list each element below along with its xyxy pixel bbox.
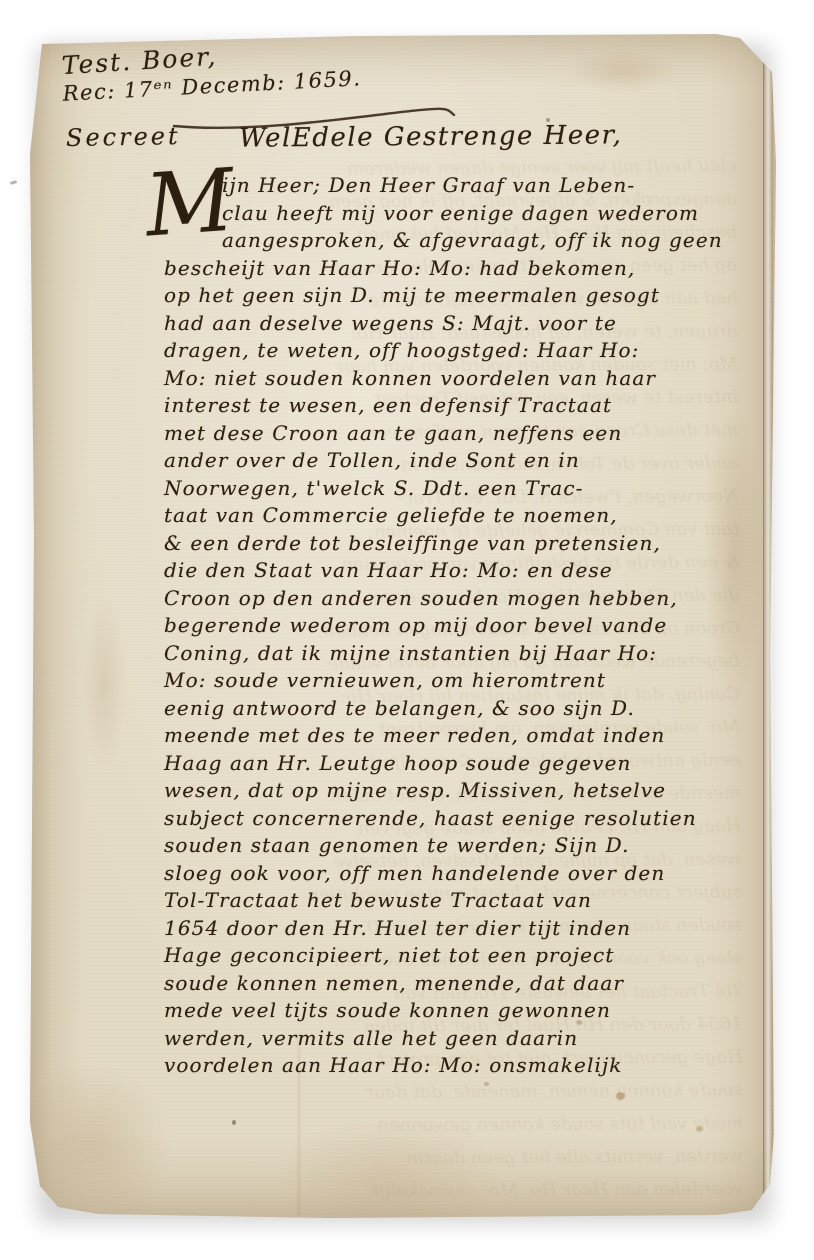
letter-line: Noorwegen, t'welck S. Ddt. een Trac- [164,475,754,503]
letter-line: had aan deselve wegens S: Majt. voor te [164,310,754,338]
letter-line: begerende wederom op mij door bevel vand… [164,612,754,640]
letter-line: souden staan genomen te werden; Sijn D. [164,832,754,860]
letter-line: Coning, dat ik mijne instantien bij Haar… [164,640,754,668]
letter-line: Tol-Tractaat het bewuste Tractaat van [164,887,754,915]
letter-line: meende met des te meer reden, omdat inde… [164,722,754,750]
manuscript-page: clau heeft mij voor eenige dagen wederom… [28,34,776,1218]
letter-line: soude konnen nemen, menende, dat daar [164,970,754,998]
letter-line: interest te wesen, een defensif Tractaat [164,392,754,420]
photo-background: clau heeft mij voor eenige dagen wederom… [0,0,814,1260]
letter-line: ander over de Tollen, inde Sont en in [164,447,754,475]
letter-line: clau heeft mij voor eenige dagen wederom [164,200,754,228]
letter-line: op het geen sijn D. mij te meermalen ges… [164,282,754,310]
letter-line: met dese Croon aan te gaan, neffens een [164,420,754,448]
letter-line: Haag aan Hr. Leutge hoop soude gegeven [164,750,754,778]
letter-line: 1654 door den Hr. Huel ter dier tijt ind… [164,915,754,943]
secrecy-label: Secreet [66,122,181,152]
letter-line: Mo: soude vernieuwen, om hieromtrent [164,667,754,695]
letter-line: Hage geconcipieert, niet tot een project [164,942,754,970]
background-speck [10,180,18,185]
letter-line: eenig antwoord te belangen, & soo sijn D… [164,695,754,723]
letter-line: Mo: niet souden konnen voordelen van haa… [164,365,754,393]
salutation: WelEdele Gestrenge Heer, [238,120,622,153]
letter-line: mede veel tijts soude konnen gewonnen [164,997,754,1025]
letter-line: wesen, dat op mijne resp. Missiven, hets… [164,777,754,805]
letter-heading: SecreetWelEdele Gestrenge Heer, [66,122,622,152]
letter-line: subject concernerende, haast eenige reso… [164,805,754,833]
letter-line: Croon op den anderen souden mogen hebben… [164,585,754,613]
letter-line: bescheijt van Haar Ho: Mo: had bekomen, [164,255,754,283]
drop-cap-initial: M [143,166,221,253]
letter-line: taat van Commercie geliefde te noemen, [164,502,754,530]
letter-line: werden, vermits alle het geen daarin [164,1025,754,1053]
letter-line: sloeg ook voor, off men handelende over … [164,860,754,888]
letter-line: aangesproken, & afgevraagt, off ik nog g… [164,227,754,255]
letter-line: dragen, te weten, off hoogstged: Haar Ho… [164,337,754,365]
letter-body: M ijn Heer; Den Heer Graaf van Leben- cl… [164,172,754,1080]
letter-line: & een derde tot besleiffinge van pretens… [164,530,754,558]
letter-content: Test. Boer, Rec: 17ᵉⁿ Decemb: 1659. Secr… [28,34,776,1218]
docket: Test. Boer, Rec: 17ᵉⁿ Decemb: 1659. [61,37,362,103]
letter-line: voordelen aan Haar Ho: Mo: onsmakelijk [164,1052,754,1080]
letter-line: die den Staat van Haar Ho: Mo: en dese [164,557,754,585]
letter-line: ijn Heer; Den Heer Graaf van Leben- [164,172,754,200]
